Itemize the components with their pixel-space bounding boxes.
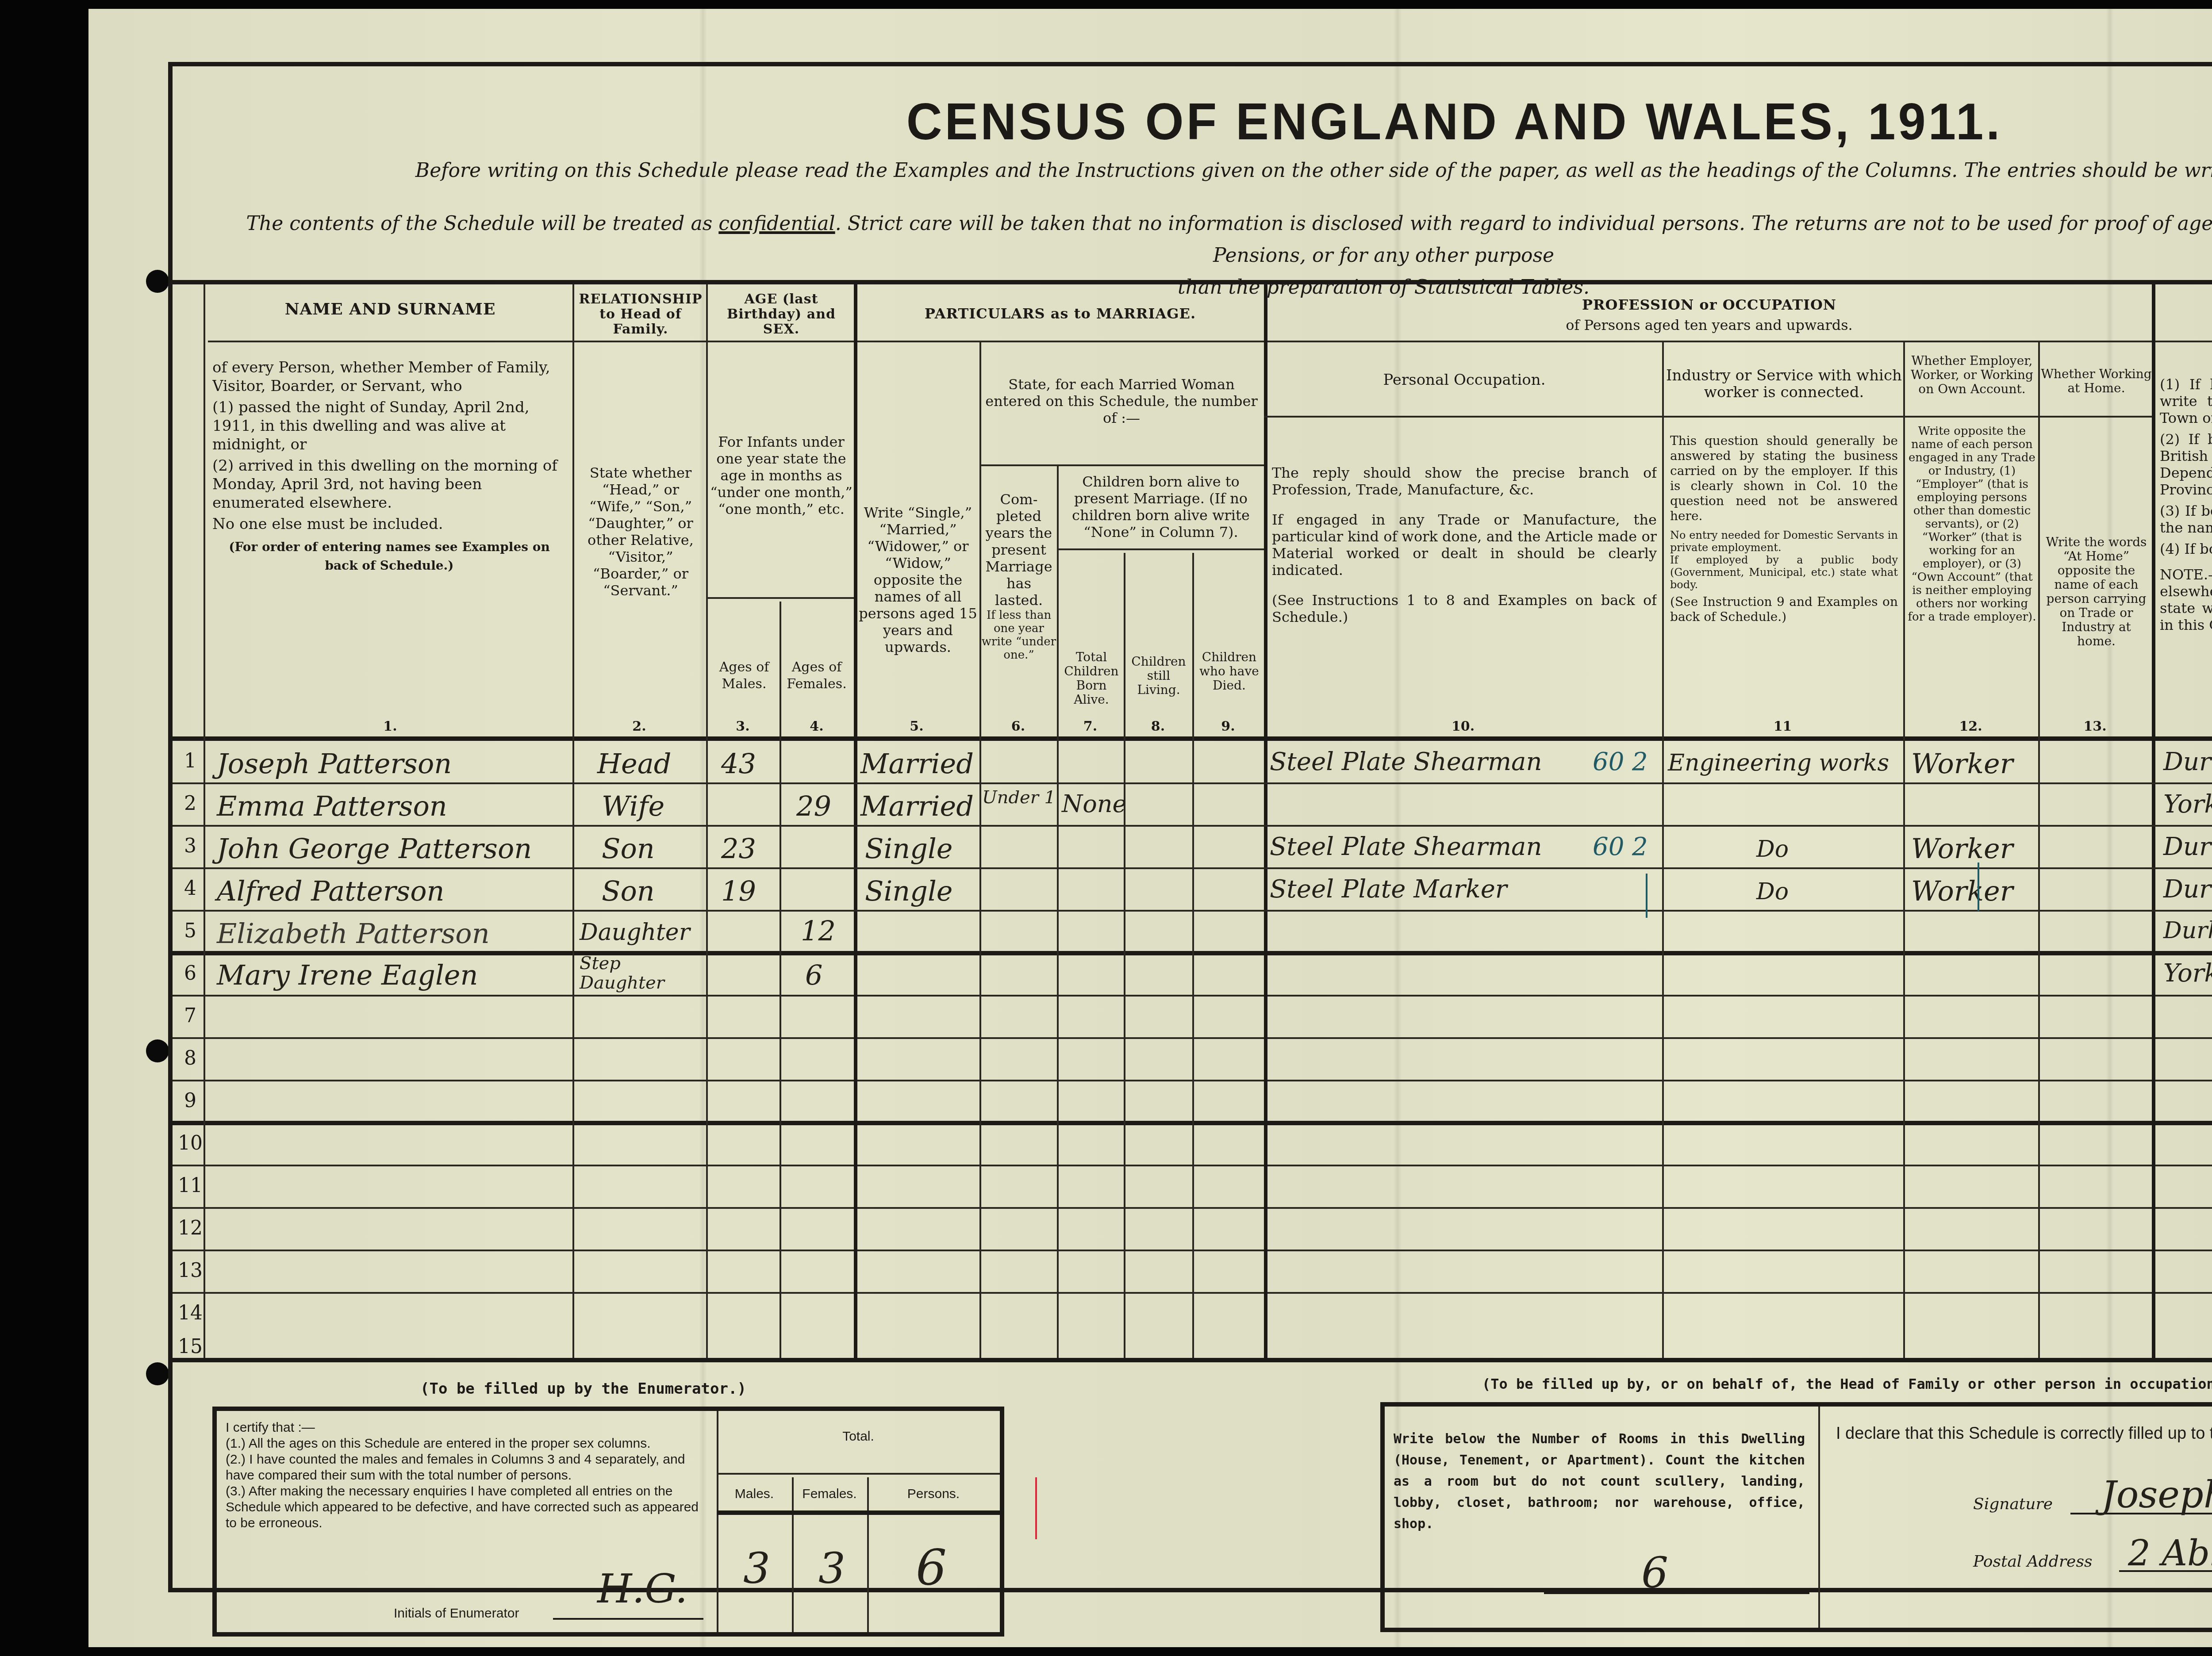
entry-birthplace[interactable]: Yorks Leeds [2163, 959, 2212, 988]
row-number: 12 [173, 1217, 208, 1239]
entry-marital[interactable]: Single [865, 875, 952, 907]
punch-hole-icon [146, 270, 169, 293]
initials-label: Initials of Enumerator [394, 1606, 519, 1621]
row-number: 11 [173, 1174, 208, 1197]
entry-occupation-code: 60 2 [1593, 747, 1648, 776]
head-of-family-box: Write below the Number of Rooms in this … [1380, 1402, 2212, 1632]
entry-relationship[interactable]: Son [602, 832, 655, 865]
row-number: 4 [173, 877, 208, 900]
entry-age-female[interactable]: 29 [796, 790, 831, 822]
row-rule [173, 825, 2212, 827]
entry-relationship[interactable]: Head [597, 747, 671, 780]
entry-years-married[interactable]: Under 1 [982, 787, 1056, 808]
punch-hole-icon [146, 1039, 169, 1062]
persons-label: Persons. [867, 1486, 1000, 1502]
postal-address-line1[interactable]: 2 Abbot Road Armley [2128, 1533, 2212, 1574]
row-number: 9 [173, 1089, 208, 1112]
entry-occupation[interactable]: Steel Plate Shearman [1270, 832, 1542, 861]
col-divider [2152, 284, 2155, 948]
col-number: 8. [1124, 719, 1192, 734]
signature-value[interactable]: Joseph Patterson [2101, 1473, 2212, 1516]
col-number: 5. [854, 719, 979, 734]
entry-age-female[interactable]: 6 [805, 959, 822, 991]
children-total-label: Total Children Born Alive. [1059, 650, 1124, 707]
col-divider [780, 602, 781, 948]
totals-rule [717, 1473, 1000, 1475]
entry-name[interactable]: John George Patterson [217, 832, 532, 865]
entry-industry[interactable]: Do [1756, 878, 1789, 905]
heading-occupation: PROFESSION or OCCUPATION [1267, 296, 2152, 313]
col-number: 13. [2038, 719, 2152, 734]
entry-birthplace[interactable]: Durham Spennymoor [2163, 917, 2212, 944]
row-number: 3 [173, 835, 208, 857]
enumerator-certificate-box: I certify that :— (1.) All the ages on t… [212, 1407, 1004, 1637]
col-divider [1057, 948, 1059, 1358]
entry-relationship[interactable]: Step Daughter [580, 954, 708, 993]
entry-children-total[interactable]: None [1062, 790, 1127, 818]
row-number: 5 [173, 920, 208, 942]
col-number: 6. [979, 719, 1057, 734]
entry-name[interactable]: Elizabeth Patterson [217, 917, 490, 950]
row-rule [173, 782, 2212, 784]
entry-marital[interactable]: Married [860, 747, 974, 780]
rooms-instruction: Write below the Number of Rooms in this … [1394, 1429, 1805, 1535]
row-number: 1 [173, 750, 208, 772]
col-number: 12. [1903, 719, 2038, 734]
entry-birthplace[interactable]: Durham Blackhill [2163, 875, 2212, 904]
col-divider [572, 948, 574, 1358]
employer-label: Whether Employer, Worker, or Working on … [1906, 354, 2038, 396]
blue-tick-mark [1978, 862, 1979, 911]
col-divider [2038, 948, 2040, 1358]
occupation-subheading: of Persons aged ten years and upwards. [1267, 317, 2152, 333]
entry-employment[interactable]: Worker [1911, 832, 2013, 865]
table-top-rule [173, 280, 2212, 284]
col-number: 4. [780, 719, 854, 734]
col-divider [1124, 553, 1125, 948]
col-divider [1192, 948, 1194, 1358]
heading-birthplace: BIRTHPLACE [2154, 296, 2212, 313]
col-divider [1192, 553, 1194, 948]
entry-marital[interactable]: Married [860, 790, 974, 822]
entry-industry[interactable]: Do [1756, 836, 1789, 862]
entry-age-male[interactable]: 43 [721, 747, 756, 780]
col-divider [1903, 341, 1905, 948]
col-number: 14. [2152, 719, 2212, 734]
confidentiality-notice: The contents of the Schedule will be tre… [199, 208, 2212, 303]
col-divider [780, 948, 781, 1358]
row-rule [173, 867, 2212, 869]
row-number: 7 [173, 1004, 208, 1027]
entry-relationship[interactable]: Wife [602, 790, 664, 822]
home-label: Whether Working at Home. [2041, 367, 2152, 395]
enumerator-certification: I certify that :— (1.) All the ages on t… [226, 1420, 712, 1531]
red-tick-mark [1035, 1477, 1037, 1539]
heading-marriage: PARTICULARS as to MARRIAGE. [856, 305, 1264, 322]
col-divider [1124, 948, 1125, 1358]
industry-instructions: This question should generally be answer… [1670, 433, 1898, 625]
punch-hole-icon [146, 1362, 169, 1385]
col-divider [2152, 948, 2155, 1358]
marriage-write-instruction: Write “Single,” “Married,” “Widower,” or… [858, 504, 978, 655]
personal-occupation-instructions: The reply should show the precise branch… [1272, 464, 1657, 625]
entry-birthplace[interactable]: Durham Blackhill [2163, 832, 2212, 861]
col-number: 1. [208, 719, 572, 734]
col-number: 3. [706, 719, 780, 734]
entry-occupation[interactable]: Steel Plate Marker [1270, 875, 1507, 904]
head-of-family-caption: (To be filled up by, or on behalf of, th… [1482, 1376, 2212, 1392]
col-number: 10. [1264, 719, 1662, 734]
table-bottom-rule [173, 1358, 2212, 1362]
col-number: 9. [1192, 719, 1264, 734]
col-divider [706, 948, 708, 1358]
age-sub-rule [706, 597, 854, 599]
col-divider [572, 284, 574, 948]
col-divider [2038, 341, 2040, 948]
entry-relationship[interactable]: Son [602, 875, 655, 907]
entry-occupation[interactable]: Steel Plate Shearman [1270, 747, 1542, 776]
entry-name[interactable]: Emma Patterson [217, 790, 447, 822]
children-living-label: Children still Living. [1125, 655, 1192, 697]
signature-label: Signature [1973, 1495, 2053, 1513]
entry-age-female[interactable]: 12 [801, 915, 836, 947]
row-rule [173, 910, 2212, 912]
col-divider [854, 948, 857, 1358]
enumerator-initials[interactable]: H.G. [597, 1566, 687, 1612]
blue-tick-mark [1646, 874, 1647, 918]
census-form: CENSUS OF ENGLAND AND WALES, 1911. Befor… [168, 62, 2212, 1592]
entry-birthplace[interactable]: Durham Consett [2163, 747, 2212, 776]
entry-name[interactable]: Joseph Patterson [217, 747, 452, 780]
rooms-count[interactable]: 6 [1641, 1548, 1668, 1598]
entry-occupation-code: 60 2 [1593, 832, 1648, 861]
entry-name[interactable]: Alfred Patterson [217, 875, 444, 907]
total-males[interactable]: 3 [743, 1544, 770, 1593]
industry-label: Industry or Service with which worker is… [1665, 367, 1903, 401]
confidential-word: confidential [718, 212, 835, 235]
relationship-instructions: State whether “Head,” or “Wife,” “Son,” … [580, 464, 702, 599]
heading-rule [208, 341, 2212, 342]
col-divider [706, 284, 708, 948]
home-instructions: Write the words “At Home” opposite the n… [2041, 535, 2152, 648]
marriage-children-instruction: Children born alive to present Marriage.… [1059, 473, 1263, 540]
total-females[interactable]: 3 [818, 1544, 845, 1593]
entry-birthplace[interactable]: Yorks Leeds [2163, 790, 2212, 819]
children-sub-rule [1057, 548, 1264, 550]
total-persons[interactable]: 6 [916, 1539, 947, 1596]
marriage-completed-years: Com-pleted years the present Marriage ha… [981, 491, 1056, 662]
row-number: 6 [173, 962, 208, 985]
entry-relationship[interactable]: Daughter [580, 919, 690, 946]
occupation-sub-rule [1264, 416, 2038, 418]
employer-instructions: Write opposite the name of each person e… [1906, 425, 2038, 624]
col-number: 2. [572, 719, 706, 734]
marriage-state-instruction: State, for each Married Woman entered on… [982, 376, 1261, 426]
enumerator-caption: (To be filled up by the Enumerator.) [420, 1380, 746, 1398]
form-title: CENSUS OF ENGLAND AND WALES, 1911. [173, 92, 2212, 151]
col-divider [1903, 948, 1905, 1358]
entry-marital[interactable]: Single [865, 832, 952, 865]
col-number: 11 [1662, 719, 1903, 734]
age-females-label: Ages of Females. [781, 659, 852, 693]
row-number: 13 [173, 1259, 208, 1282]
col-divider [854, 284, 857, 948]
children-died-label: Children who have Died. [1194, 650, 1264, 693]
personal-occupation-label: Personal Occupation. [1267, 372, 1662, 388]
box-divider [1818, 1407, 1820, 1628]
postal-address-label: Postal Address [1973, 1552, 2092, 1571]
row-number: 15 [173, 1335, 208, 1358]
row-number: 8 [173, 1047, 208, 1069]
row-number: 10 [173, 1132, 208, 1154]
name-instructions: of every Person, whether Member of Famil… [212, 358, 566, 575]
birthplace-instructions: (1) If born in the United Kingdom, write… [2160, 376, 2212, 633]
males-label: Males. [717, 1486, 792, 1502]
col-divider [1264, 948, 1267, 1358]
rooms-line [1544, 1592, 1809, 1594]
initials-line [553, 1618, 703, 1620]
col-divider [1057, 464, 1059, 948]
entry-employment[interactable]: Worker [1911, 875, 2013, 907]
age-instructions: For Infants under one year state the age… [709, 433, 854, 517]
heading-name: NAME AND SURNAME [208, 301, 572, 318]
females-label: Females. [792, 1486, 867, 1502]
birthplace-subheading: of every person. [2154, 317, 2212, 333]
entry-age-male[interactable]: 23 [721, 832, 756, 865]
total-label: Total. [717, 1429, 1000, 1445]
declaration: I declare that this Schedule is correctl… [1836, 1424, 2212, 1443]
entry-industry[interactable]: Engineering works [1668, 750, 1889, 776]
col-number: 7. [1057, 719, 1124, 734]
col-divider [979, 948, 981, 1358]
entry-name[interactable]: Mary Irene Eaglen [217, 959, 478, 991]
home-sub-rule [2038, 416, 2152, 418]
row-number: 2 [173, 792, 208, 815]
entry-age-male[interactable]: 19 [721, 875, 756, 907]
row-number: 14 [173, 1302, 208, 1324]
entry-employment[interactable]: Worker [1911, 747, 2013, 780]
col-divider [1662, 341, 1664, 948]
heading-relationship: RELATIONSHIP to Head of Family. [575, 292, 706, 337]
col-divider [1662, 948, 1664, 1358]
heading-age: AGE (last Birthday) and SEX. [709, 292, 854, 337]
age-males-label: Ages of Males. [709, 659, 780, 693]
instruction-line: Before writing on this Schedule please r… [173, 159, 2212, 182]
marriage-sub-rule [979, 464, 1264, 466]
totals-rule [717, 1510, 1000, 1515]
